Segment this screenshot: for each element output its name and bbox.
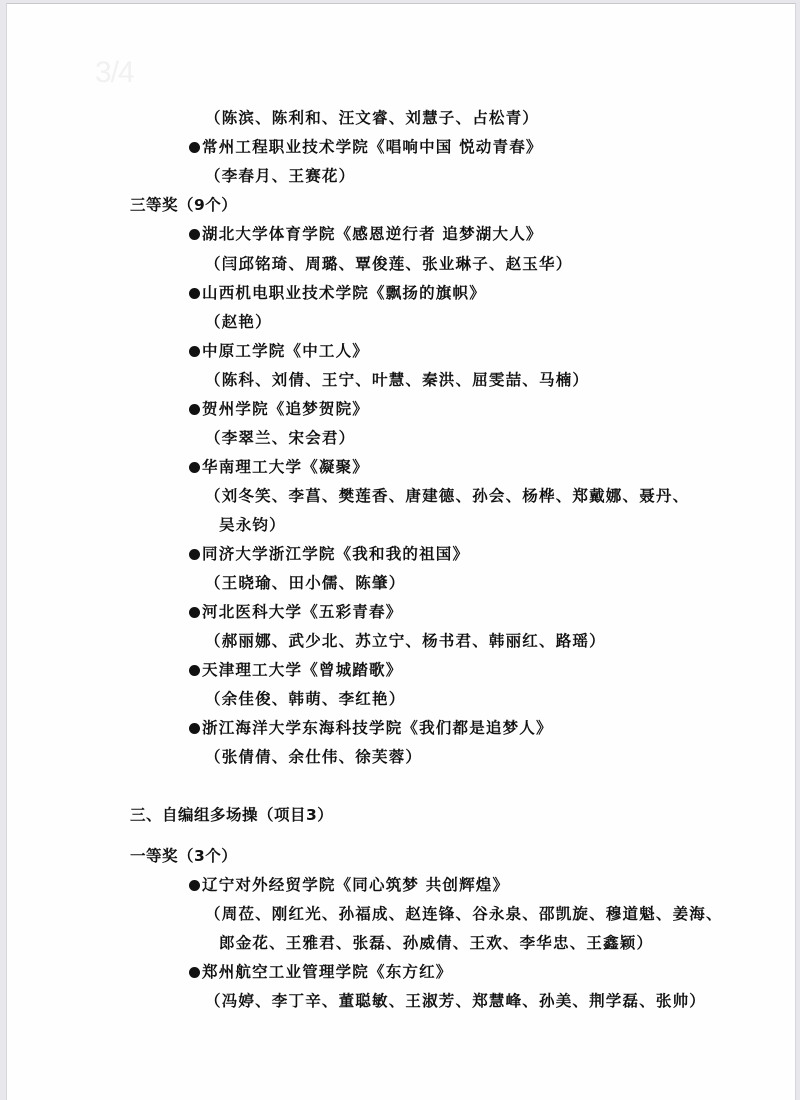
document-page: 3/4 （陈滨、陈利和、汪文睿、刘慧子、占松青） 常州工程职业技术学院《唱响中国… [6, 3, 796, 1100]
participants-list: （赵艳） [205, 312, 272, 332]
participants-list: （冯婷、李丁辛、董聪敏、王淑芳、郑慧峰、孙美、荆学磊、张帅） [205, 991, 706, 1011]
award-entry: 湖北大学体育学院《感恩逆行者 追梦湖大人》 [189, 224, 543, 244]
participants-list: （闫邱铭琦、周璐、覃俊莲、张业琳子、赵玉华） [205, 254, 572, 274]
bullet-icon [189, 880, 200, 891]
bullet-icon [189, 462, 200, 473]
award-entry: 天津理工大学《曾城踏歌》 [189, 660, 402, 680]
award-entry: 郑州航空工业管理学院《东方红》 [189, 962, 453, 982]
bullet-icon [189, 967, 200, 978]
award-level-heading: 一等奖（3个） [130, 846, 237, 866]
participants-list: （陈科、刘倩、王宁、叶慧、秦洪、屈雯喆、马楠） [205, 370, 589, 390]
award-entry: 华南理工大学《凝聚》 [189, 457, 369, 477]
participants-list: （王晓瑜、田小儒、陈肇） [205, 573, 405, 593]
participants-list: （陈滨、陈利和、汪文睿、刘慧子、占松青） [205, 108, 539, 128]
award-entry: 辽宁对外经贸学院《同心筑梦 共创辉煌》 [189, 875, 509, 895]
bullet-icon [189, 723, 200, 734]
award-entry: 山西机电职业技术学院《飘扬的旗帜》 [189, 283, 486, 303]
page-indicator: 3/4 [95, 56, 134, 90]
participants-list: （李翠兰、宋会君） [205, 428, 355, 448]
participants-list: （周莅、刚红光、孙福成、赵连锋、谷永泉、邵凯旋、穆道魁、姜海、 [205, 904, 723, 924]
participants-list-continued: 吴永钧） [219, 515, 286, 535]
bullet-icon [189, 607, 200, 618]
bullet-icon [189, 229, 200, 240]
award-entry: 同济大学浙江学院《我和我的祖国》 [189, 544, 469, 564]
bullet-icon [189, 404, 200, 415]
bullet-icon [189, 665, 200, 676]
section-heading: 三、自编组多场操（项目3） [130, 805, 333, 825]
participants-list: （余佳俊、韩萌、李红艳） [205, 689, 405, 709]
participants-list: （刘冬笑、李菖、樊莲香、唐建德、孙会、杨桦、郑戴娜、聂丹、 [205, 486, 689, 506]
bullet-icon [189, 288, 200, 299]
bullet-icon [189, 142, 200, 153]
award-level-heading: 三等奖（9个） [130, 195, 237, 215]
award-entry: 常州工程职业技术学院《唱响中国 悦动青春》 [189, 137, 543, 157]
bullet-icon [189, 549, 200, 560]
participants-list: （张倩倩、余仕伟、徐芙蓉） [205, 747, 422, 767]
award-entry: 河北医科大学《五彩青春》 [189, 602, 402, 622]
award-entry: 中原工学院《中工人》 [189, 341, 369, 361]
participants-list: （郝丽娜、武少北、苏立宁、杨书君、韩丽红、路瑶） [205, 631, 606, 651]
participants-list: （李春月、王赛花） [205, 166, 355, 186]
bullet-icon [189, 346, 200, 357]
participants-list-continued: 郎金花、王雅君、张磊、孙威倩、王欢、李华忠、王鑫颖） [219, 933, 653, 953]
award-entry: 浙江海洋大学东海科技学院《我们都是追梦人》 [189, 718, 553, 738]
award-entry: 贺州学院《追梦贺院》 [189, 399, 369, 419]
